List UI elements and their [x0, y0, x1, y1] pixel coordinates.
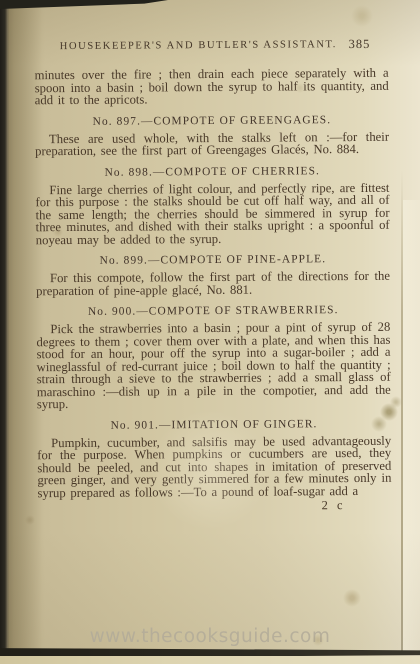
recipe-heading-901: No. 901.—IMITATION OF GINGER. — [37, 417, 391, 431]
photo-edge-top — [0, 0, 168, 9]
page-content: HOUSEKEEPER'S AND BUTLER'S ASSISTANT. 38… — [34, 39, 391, 515]
body-paragraph-897: These are used whole, with the stalks le… — [35, 130, 389, 157]
recipe-heading-900: No. 900.—COMPOTE OF STRAWBERRIES. — [36, 304, 390, 318]
page-edge-highlight — [403, 200, 420, 652]
recipe-heading-899: No. 899.—COMPOTE OF PINE-APPLE. — [36, 253, 390, 267]
printer-signature-mark: 2 c — [38, 498, 392, 515]
body-paragraph-898: Fine large cherries of light colour, and… — [35, 181, 389, 246]
body-paragraph-901: Pumpkin, cucumber, and salsifis may be u… — [37, 434, 391, 499]
body-paragraph-899: For this compote, follow the first part … — [36, 270, 390, 297]
running-title: HOUSEKEEPER'S AND BUTLER'S ASSISTANT. — [34, 39, 388, 52]
page-number: 385 — [349, 37, 371, 52]
page-edge-line — [401, 170, 403, 652]
running-header: HOUSEKEEPER'S AND BUTLER'S ASSISTANT. 38… — [34, 39, 388, 56]
scanned-book-page: HOUSEKEEPER'S AND BUTLER'S ASSISTANT. 38… — [0, 0, 420, 664]
photo-edge-left — [0, 0, 9, 653]
recipe-heading-897: No. 897.—COMPOTE OF GREENGAGES. — [35, 113, 389, 127]
body-paragraph-continuation: minutes over the fire ; then drain each … — [35, 67, 389, 107]
recipe-heading-898: No. 898.—COMPOTE OF CHERRIES. — [35, 164, 389, 178]
watermark-text: www.thecooksguide.com — [0, 626, 420, 647]
surface-below-page — [0, 656, 420, 664]
body-paragraph-900: Pick the strawberries into a basin ; pou… — [36, 321, 391, 411]
